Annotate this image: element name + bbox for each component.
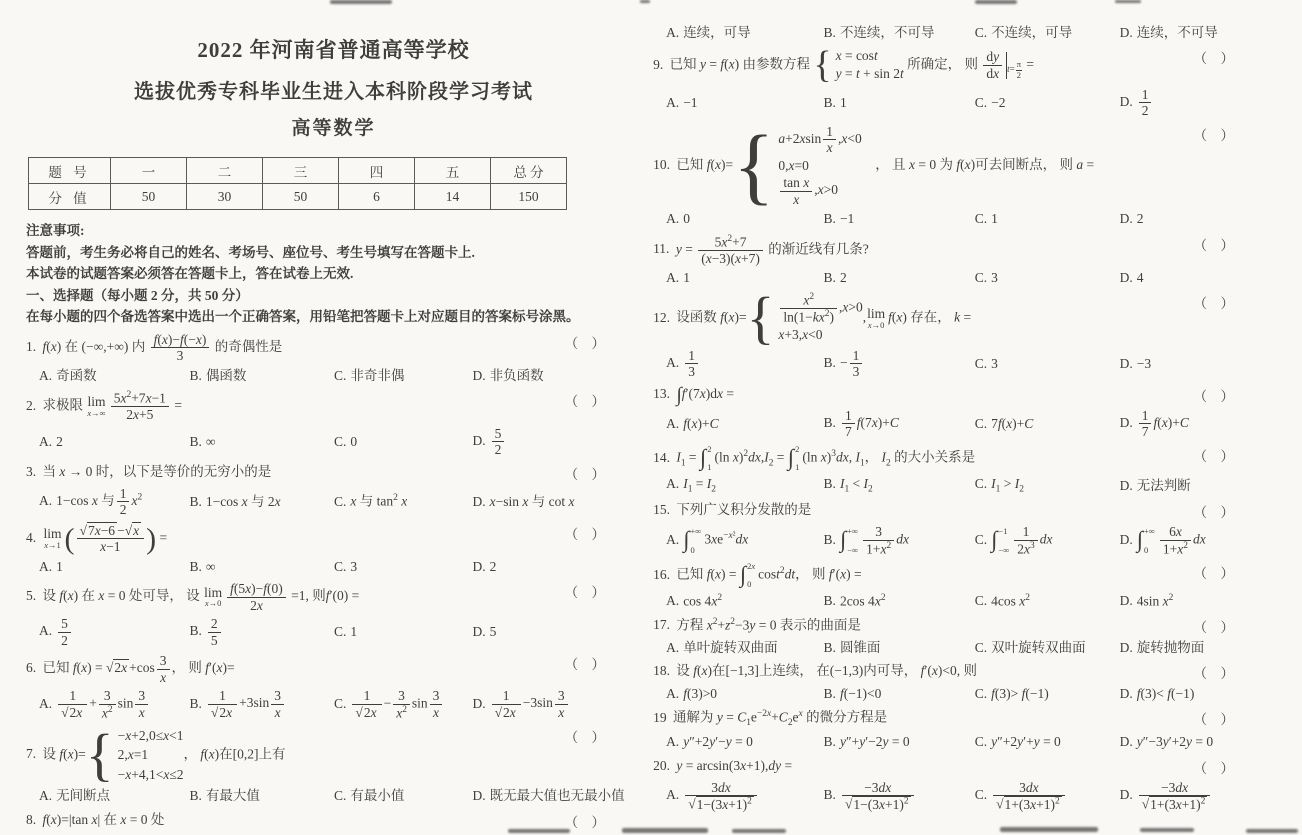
option-label: B. [824,476,836,491]
answer-bracket: （ ） [1194,292,1235,312]
question-number: 2. [26,398,36,413]
option-label: B. [824,787,836,802]
option-A: A.1 [39,558,190,576]
question-stem: 20. y = arcsin(3x+1),dy = [653,757,1185,776]
section-instruction: 在每小题的四个备选答案中选出一个正确答案，用铅笔把答题卡上对应题目的答案标号涂黑… [26,306,641,328]
question-stem: 13. ∫f′(7x)dx = [653,385,1185,404]
score-table: 题 号 一 二 三 四 五 总 分 分 值 50 30 50 6 14 150 [28,157,567,210]
question-head: 9. 已知 y = f(x) 由参数方程 {x = costy = t + si… [653,47,1296,83]
score-table-cell: 50 [111,184,187,210]
question-head: 7. 设 f(x)={−x+2,0≤x<12,x=1−x+4,1<x≤2， f(… [26,726,641,785]
answer-bracket: （ ） [565,811,606,831]
question-options: A.0B.−1C.1D.2 [653,210,1296,228]
question-head: 12. 设函数 f(x)={x2ln(1−kx2),x>0x+3,x<0,lim… [653,292,1296,345]
question-stem: 7. 设 f(x)={−x+2,0≤x<12,x=1−x+4,1<x≤2， f(… [26,726,557,785]
score-table-cell: 二 [187,158,263,184]
question-number: 9. [653,57,663,72]
question-number: 20. [653,758,670,773]
option-label: C. [975,640,987,655]
option-A: A.13 [666,348,823,380]
question-16: 16. 已知 f(x) = ∫2x0cost2dt， 则 f′(x) =（ ）A… [653,562,1296,611]
option-label: D. [1120,734,1133,749]
option-label: B. [190,494,202,509]
question-stem: 19 通解为 y = C1e−2x+C2ex 的微分方程是 [653,708,1185,730]
score-table-cell: 14 [415,184,491,210]
option-label: A. [666,25,679,40]
option-D: D.∫+∞06x1+x2dx [1120,524,1296,557]
question-options: A.1√2x+3x2sin3xB.1√2x+3sin3xC.1√2x−3x2si… [26,688,641,721]
option-A: A.−1 [666,94,823,112]
question-3: 3. 当 x → 0 时，以下是等价的无穷小的是（ ）A.1−cos x 与12… [26,463,641,518]
question-options: A.f(3)>0B.f(−1)<0C.f(3)> f(−1)D.f(3)< f(… [653,685,1296,703]
question-number: 13. [653,386,670,401]
question-number: 19 [653,710,667,725]
question-stem: 9. 已知 y = f(x) 由参数方程 {x = costy = t + si… [653,47,1185,83]
option-A: A.y″+2y′−y = 0 [666,733,823,751]
option-label: B. [824,211,836,226]
question-4: 4. limx→1(√7x−6−√xx−1) =（ ）A.1B.∞C.3D.2 [26,523,641,576]
option-label: A. [666,734,679,749]
question-head: 14. I1 = ∫21(ln x)2dx,I2 = ∫21(ln x)3dx,… [653,445,1296,472]
option-B: B.17f(7x)+C [824,408,975,440]
option-D: D.f(3)< f(−1) [1120,685,1296,703]
option-label: C. [975,787,987,802]
option-label: B. [824,25,836,40]
scan-artifact [508,829,570,833]
option-D: D.x−sin x 与 cot x [472,493,641,511]
question-options: A.2B.∞C.0D.52 [26,426,641,458]
option-C: C.双叶旋转双曲面 [975,639,1120,657]
option-D: D.无法判断 [1120,477,1296,495]
option-C: C.非奇非偶 [334,367,472,385]
option-B: B.1 [824,94,975,112]
option-label: D. [1120,211,1133,226]
score-table-cell: 分 值 [29,184,111,210]
option-label: C. [975,532,987,547]
scan-artifact [975,0,1017,4]
option-label: C. [334,788,346,803]
exam-subject: 高等数学 [26,113,641,140]
option-B: B.偶函数 [190,367,334,385]
question-1: 1. f(x) 在 (−∞,+∞) 内 f(x)−f(−x)3 的奇偶性是（ ）… [26,332,641,385]
question-20: 20. y = arcsin(3x+1),dy =（ ）A.3dx√1−(3x+… [653,757,1296,813]
option-label: C. [334,696,346,711]
option-label: B. [190,788,202,803]
option-label: C. [334,559,346,574]
question-number: 6. [26,660,36,675]
question-head: 17. 方程 x2+z2−3y = 0 表示的曲面是（ ） [653,616,1296,636]
answer-bracket: （ ） [1194,562,1235,582]
option-B: B.∞ [190,433,334,451]
score-table-cell: 总 分 [491,158,567,184]
question-11: 11. y = 5x2+7(x−3)(x+7) 的渐近线有几条?（ ）A.1B.… [653,234,1296,288]
option-label: A. [666,593,679,608]
option-A: A.连续，可导 [666,24,823,42]
option-D: D.4sin x2 [1120,592,1296,611]
option-C: C.x 与 tan2 x [334,492,472,511]
option-label: A. [39,623,52,638]
question-options: A.13B.−13C.3D.−3 [653,348,1296,380]
exam-title-line2: 选拔优秀专科毕业生进入本科阶段学习考试 [26,75,641,104]
notes-line1: 答题前，考生务必将自己的姓名、考场号、座位号、考生号填写在答题卡上. [26,242,641,264]
option-label: A. [39,696,52,711]
option-A: A.I1 = I2 [666,475,823,496]
answer-bracket: （ ） [565,581,606,601]
notes-block: 注意事项: 答题前，考生务必将自己的姓名、考场号、座位号、考生号填写在答题卡上.… [26,220,641,328]
question-number: 17. [653,617,670,632]
question-stem: 14. I1 = ∫21(ln x)2dx,I2 = ∫21(ln x)3dx,… [653,445,1185,472]
option-label: A. [39,434,52,449]
option-label: B. [190,368,202,383]
option-B: B.1√2x+3sin3x [190,688,334,720]
option-D: D.17f(x)+C [1120,408,1296,440]
answer-bracket: （ ） [1194,501,1235,521]
question-options: A.1B.∞C.3D.2 [26,558,641,576]
notes-line2: 本试卷的试题答案必须答在答题卡上，答在试卷上无效. [26,263,641,285]
question-19: 19 通解为 y = C1e−2x+C2ex 的微分方程是（ ）A.y″+2y′… [653,708,1296,752]
option-label: D. [1120,532,1133,547]
option-D: D.1√2x−3sin3x [472,688,641,720]
option-B: B.y″+y′−2y = 0 [824,733,975,751]
option-A: A.3dx√1−(3x+1)2 [666,780,823,813]
question-head: 10. 已知 f(x)={a+2xsin1x,x<00,x=0tan xx,x>… [653,124,1296,208]
question-head: 15. 下列广义积分发散的是（ ） [653,501,1296,521]
option-C: C.1√2x−3x2sin3x [334,688,472,721]
question-number: 8. [26,812,36,827]
option-label: C. [975,211,987,226]
option-label: B. [190,559,202,574]
question-10: 10. 已知 f(x)={a+2xsin1x,x<00,x=0tan xx,x>… [653,124,1296,229]
option-label: C. [975,270,987,285]
option-label: D. [1120,25,1133,40]
option-label: A. [666,95,679,110]
question-2: 2. 求极限 limx→∞5x2+7x−12x+5 =（ ）A.2B.∞C.0D… [26,390,641,458]
questions-left: 1. f(x) 在 (−∞,+∞) 内 f(x)−f(−x)3 的奇偶性是（ ）… [26,332,641,831]
option-C: C.7f(x)+C [975,415,1120,433]
answer-bracket: （ ） [1194,234,1235,254]
question-12: 12. 设函数 f(x)={x2ln(1−kx2),x>0x+3,x<0,lim… [653,292,1296,380]
option-B: B.圆锥面 [824,639,975,657]
score-table-cell: 三 [263,158,339,184]
option-label: C. [975,95,987,110]
question-head: 5. 设 f(x) 在 x = 0 处可导， 设 limx→0f(5x)−f(0… [26,581,641,613]
option-C: C.3 [975,355,1120,373]
question-options: A.∫+∞03xe−x²dxB.∫+∞−∞31+x2dxC.∫−1−∞12x3d… [653,524,1296,557]
answer-bracket: （ ） [1194,445,1235,465]
option-C: C.不连续，可导 [975,24,1120,42]
question-options: A.f(x)+CB.17f(7x)+CC.7f(x)+CD.17f(x)+C [653,408,1296,440]
question-head: 13. ∫f′(7x)dx =（ ） [653,385,1296,405]
score-table-header-row: 题 号 一 二 三 四 五 总 分 [29,158,567,184]
option-label: A. [39,559,52,574]
answer-bracket: （ ） [565,653,606,673]
question-stem: 16. 已知 f(x) = ∫2x0cost2dt， 则 f′(x) = [653,562,1185,589]
option-label: C. [334,494,346,509]
option-C: C.f(3)> f(−1) [975,685,1120,703]
option-label: D. [1120,640,1133,655]
scan-artifact [1246,829,1298,833]
option-label: B. [824,355,836,370]
option-B: B.2cos 4x2 [824,592,975,611]
option-B: B.I1 < I2 [824,475,975,496]
option-A: A.2 [39,433,190,451]
question-13: 13. ∫f′(7x)dx =（ ）A.f(x)+CB.17f(7x)+CC.7… [653,385,1296,440]
answer-bracket: （ ） [1194,757,1235,777]
option-C: C.3dx√1+(3x+1)2 [975,780,1120,813]
question-17: 17. 方程 x2+z2−3y = 0 表示的曲面是（ ）A.单叶旋转双曲面B.… [653,616,1296,657]
question-number: 14. [653,450,670,465]
option-D: D.52 [472,426,641,458]
option-label: D. [1120,686,1133,701]
answer-bracket: （ ） [565,390,606,410]
question-options: A.I1 = I2B.I1 < I2C.I1 > I2D.无法判断 [653,475,1296,496]
question-head: 19 通解为 y = C1e−2x+C2ex 的微分方程是（ ） [653,708,1296,730]
answer-bracket: （ ） [1194,616,1235,636]
answer-bracket: （ ） [1194,47,1235,67]
option-C: C.4cos x2 [975,592,1120,611]
option-label: C. [975,686,987,701]
option-label: A. [666,416,679,431]
question-stem: 1. f(x) 在 (−∞,+∞) 内 f(x)−f(−x)3 的奇偶性是 [26,332,557,364]
option-D: D.2 [1120,210,1296,228]
scan-artifact [1000,827,1098,832]
question-head: 2. 求极限 limx→∞5x2+7x−12x+5 =（ ） [26,390,641,423]
exam-paper: 2022 年河南省普通高等学校 选拔优秀专科毕业生进入本科阶段学习考试 高等数学… [0,0,1302,834]
question-number: 12. [653,310,670,325]
option-B: B.−1 [824,210,975,228]
option-B: B.−3dx√1−(3x+1)2 [824,780,975,813]
option-C: C.I1 > I2 [975,475,1120,496]
option-C: C.y″+2y′+y = 0 [975,733,1120,751]
question-stem: 17. 方程 x2+z2−3y = 0 表示的曲面是 [653,616,1185,635]
option-label: B. [824,593,836,608]
option-A: A.f(3)>0 [666,685,823,703]
option-C: C.3 [334,558,472,576]
question-stem: 15. 下列广义积分发散的是 [653,501,1185,520]
option-C: C.∫−1−∞12x3dx [975,524,1120,557]
option-label: C. [334,368,346,383]
option-label: D. [1120,270,1133,285]
option-A: A.1 [666,269,823,287]
question-stem: 4. limx→1(√7x−6−√xx−1) = [26,523,557,555]
option-label: D. [472,494,485,509]
questions-right: A.连续，可导B.不连续，不可导C.不连续，可导D.连续，不可导9. 已知 y … [653,24,1296,812]
question-number: 18. [653,663,670,678]
option-A: A.0 [666,210,823,228]
question-options: A.奇函数B.偶函数C.非奇非偶D.非负函数 [26,367,641,385]
question-options: A.无间断点B.有最大值C.有最小值D.既无最大值也无最小值 [26,787,641,805]
option-label: B. [190,434,202,449]
option-label: A. [666,211,679,226]
question-head: 1. f(x) 在 (−∞,+∞) 内 f(x)−f(−x)3 的奇偶性是（ ） [26,332,641,364]
option-A: A.奇函数 [39,367,190,385]
question-number: 11. [653,241,669,256]
option-label: B. [190,696,202,711]
question-stem: 2. 求极限 limx→∞5x2+7x−12x+5 = [26,390,557,423]
question-options: A.cos 4x2B.2cos 4x2C.4cos x2D.4sin x2 [653,592,1296,611]
score-table-cell: 150 [491,184,567,210]
option-label: B. [824,686,836,701]
option-D: D.4 [1120,269,1296,287]
option-label: B. [824,95,836,110]
question-head: 4. limx→1(√7x−6−√xx−1) =（ ） [26,523,641,555]
option-label: B. [824,270,836,285]
question-number: 7. [26,746,36,761]
answer-bracket: （ ） [1194,385,1235,405]
option-B: B.2 [824,269,975,287]
answer-bracket: （ ） [565,726,606,746]
answer-bracket: （ ） [565,332,606,352]
option-label: D. [1120,415,1133,430]
option-label: B. [824,640,836,655]
option-label: C. [975,476,987,491]
option-label: A. [666,787,679,802]
question-head: 20. y = arcsin(3x+1),dy =（ ） [653,757,1296,777]
option-label: C. [334,434,346,449]
score-table-value-row: 分 值 50 30 50 6 14 150 [29,184,567,210]
option-A: A.1√2x+3x2sin3x [39,688,190,721]
question-7: 7. 设 f(x)={−x+2,0≤x<12,x=1−x+4,1<x≤2， f(… [26,726,641,806]
option-B: B.25 [190,616,334,648]
option-label: C. [975,356,987,371]
score-table-cell: 50 [263,184,339,210]
answer-bracket: （ ） [565,523,606,543]
option-label: D. [1120,478,1133,493]
option-label: C. [975,593,987,608]
option-B: B.不连续，不可导 [824,24,975,42]
option-B: B.f(−1)<0 [824,685,975,703]
option-label: D. [1120,356,1133,371]
option-A: A.52 [39,616,190,648]
option-label: D. [472,696,485,711]
option-A: A.f(x)+C [666,415,823,433]
option-D: D.非负函数 [472,367,641,385]
score-table-cell: 题 号 [29,158,111,184]
right-column: A.连续，可导B.不连续，不可导C.不连续，可导D.连续，不可导9. 已知 y … [653,4,1296,834]
option-C: C.有最小值 [334,787,472,805]
option-A: A.1−cos x 与12x2 [39,486,190,518]
question-options: A.y″+2y′−y = 0B.y″+y′−2y = 0C.y″+2y′+y =… [653,733,1296,751]
option-label: B. [824,532,836,547]
question-stem: 6. 已知 f(x) = √2x+cos3x， 则 f′(x)= [26,653,557,685]
option-label: D. [472,433,485,448]
question-6: 6. 已知 f(x) = √2x+cos3x， 则 f′(x)=（ ）A.1√2… [26,653,641,721]
option-A: A.∫+∞03xe−x²dx [666,527,823,554]
question-options: A.单叶旋转双曲面B.圆锥面C.双叶旋转双曲面D.旋转抛物面 [653,639,1296,657]
exam-title-line1: 2022 年河南省普通高等学校 [26,34,641,64]
option-D: D.连续，不可导 [1120,24,1296,42]
question-head: 8. f(x)=|tan x| 在 x = 0 处（ ） [26,811,641,831]
option-label: D. [1120,593,1133,608]
scan-artifact [622,828,708,833]
question-stem: 12. 设函数 f(x)={x2ln(1−kx2),x>0x+3,x<0,lim… [653,292,1185,345]
option-C: C.3 [975,269,1120,287]
option-D: D.旋转抛物面 [1120,639,1296,657]
option-B: B.有最大值 [190,787,334,805]
score-table-cell: 6 [339,184,415,210]
option-label: D. [472,624,485,639]
answer-bracket: （ ） [1194,124,1235,144]
question-stem: 5. 设 f(x) 在 x = 0 处可导， 设 limx→0f(5x)−f(0… [26,581,557,613]
option-label: B. [824,415,836,430]
question-head: 18. 设 f(x)在[−1,3]上连续， 在(−1,3)内可导， f′(x)<… [653,662,1296,682]
question-stem: 18. 设 f(x)在[−1,3]上连续， 在(−1,3)内可导， f′(x)<… [653,662,1185,681]
question-18: 18. 设 f(x)在[−1,3]上连续， 在(−1,3)内可导， f′(x)<… [653,662,1296,703]
question-head: 3. 当 x → 0 时，以下是等价的无穷小的是（ ） [26,463,641,483]
option-C: C.1 [334,623,472,641]
answer-bracket: （ ） [1194,708,1235,728]
left-column: 2022 年河南省普通高等学校 选拔优秀专科毕业生进入本科阶段学习考试 高等数学… [26,4,641,834]
option-D: D.12 [1120,87,1296,119]
question-number: 4. [26,530,36,545]
score-table-cell: 一 [111,158,187,184]
section-heading: 一、选择题（每小题 2 分，共 50 分） [26,285,641,307]
question-options: A.−1B.1C.−2D.12 [653,87,1296,119]
question-number: 10. [653,157,670,172]
question-head: 16. 已知 f(x) = ∫2x0cost2dt， 则 f′(x) =（ ） [653,562,1296,589]
question-9: 9. 已知 y = f(x) 由参数方程 {x = costy = t + si… [653,47,1296,118]
scan-artifact [330,0,392,4]
scan-artifact [1115,0,1141,3]
scan-artifact [1140,828,1194,832]
option-C: C.−2 [975,94,1120,112]
option-label: A. [666,355,679,370]
option-D: D.y″−3y′+2y = 0 [1120,733,1296,751]
option-D: D.2 [472,558,641,576]
question-stem: 3. 当 x → 0 时，以下是等价的无穷小的是 [26,463,557,482]
option-D: D.5 [472,623,641,641]
question-14: 14. I1 = ∫21(ln x)2dx,I2 = ∫21(ln x)3dx,… [653,445,1296,496]
question-number: 5. [26,588,36,603]
question-number: 1. [26,339,36,354]
question-head: 6. 已知 f(x) = √2x+cos3x， 则 f′(x)=（ ） [26,653,641,685]
question-number: 16. [653,567,670,582]
option-A: A.单叶旋转双曲面 [666,639,823,657]
option-label: C. [975,734,987,749]
option-D: D.−3 [1120,355,1296,373]
option-label: A. [666,270,679,285]
question-number: 15. [653,502,670,517]
question-options: A.52B.25C.1D.5 [26,616,641,648]
question-5: 5. 设 f(x) 在 x = 0 处可导， 设 limx→0f(5x)−f(0… [26,581,641,648]
option-C: C.1 [975,210,1120,228]
option-label: D. [1120,787,1133,802]
option-label: A. [666,532,679,547]
option-D: D.既无最大值也无最小值 [472,787,641,805]
question-stem: 11. y = 5x2+7(x−3)(x+7) 的渐近线有几条? [653,234,1185,267]
scan-artifact [732,829,786,833]
question-8: 8. f(x)=|tan x| 在 x = 0 处（ ） [26,811,641,831]
option-label: B. [190,623,202,638]
question-stem: 10. 已知 f(x)={a+2xsin1x,x<00,x=0tan xx,x>… [653,124,1185,208]
option-label: A. [39,368,52,383]
answer-bracket: （ ） [565,463,606,483]
score-table-cell: 五 [415,158,491,184]
option-label: C. [975,25,987,40]
score-table-cell: 30 [187,184,263,210]
option-D: D.−3dx√1+(3x+1)2 [1120,780,1296,813]
option-label: A. [39,493,52,508]
option-label: B. [824,734,836,749]
answer-bracket: （ ） [1194,662,1235,682]
notes-title: 注意事项: [26,220,641,242]
option-label: D. [472,559,485,574]
option-label: D. [472,788,485,803]
option-label: A. [666,640,679,655]
option-label: C. [334,624,346,639]
question-number: 3. [26,464,36,479]
option-label: C. [975,416,987,431]
